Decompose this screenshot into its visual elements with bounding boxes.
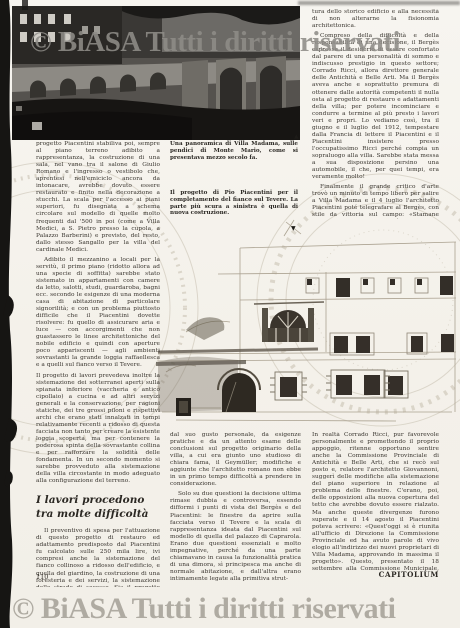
villa-madama-photo <box>12 6 300 140</box>
column-right-bottom: In realtà Corrado Ricci, pur favorevole … <box>312 432 439 572</box>
section-heading: I lavori procedono tra molte difficoltà <box>36 494 160 521</box>
paragraph: progetto Piacentini stabiliva poi, sempr… <box>36 141 160 254</box>
drawing-caption: Il progetto di Pio Piacentini per il com… <box>170 190 298 217</box>
column-right-top: tura dello storico edificio e alla neces… <box>312 9 439 219</box>
paragraph: tura dello storico edificio e alla neces… <box>312 9 439 30</box>
piacentini-elevation-drawing <box>156 212 460 434</box>
section-heading-line1: I lavori procedono <box>36 494 160 508</box>
photo-caption: Una panoramica di Villa Madama, sulle pe… <box>170 141 298 161</box>
caption-arrow-down-icon: ▼ <box>291 225 296 232</box>
paragraph: In realtà Corrado Ricci, pur favorevole … <box>312 432 439 572</box>
paragraph: Adibito il mezzanino a locali per la ser… <box>36 257 160 370</box>
paragraph: Il preventivo di spesa per l'attuazione … <box>36 528 160 587</box>
journal-title: CAPITOLIUM <box>312 570 439 579</box>
paragraph: Compreso della difficoltà e della respon… <box>312 33 439 181</box>
biasa-watermark-bottom: © BiASA Tutti i diritti riservati <box>12 592 395 626</box>
scanned-magazine-page: © BiASA Tutti i diritti riservati © BiAS… <box>0 0 460 628</box>
caption-arrow-up-icon: ▲ <box>294 133 299 140</box>
page-number: 110 <box>36 573 48 581</box>
section-heading-line2: tra molte difficoltà <box>36 508 160 522</box>
column-left: progetto Piacentini stabiliva poi, sempr… <box>36 141 160 587</box>
scan-smudge <box>298 1 460 5</box>
paragraph: Il progetto di lavori prevedeva inoltre … <box>36 373 160 486</box>
paragraph: Solo su due questioni la decisione ultim… <box>170 491 301 583</box>
paragraph: dal suo gusto personale, da esigenze pra… <box>170 432 301 488</box>
column-middle: dal suo gusto personale, da esigenze pra… <box>170 432 301 588</box>
paragraph: Finalmente il grande critico d'arte trov… <box>312 184 439 219</box>
